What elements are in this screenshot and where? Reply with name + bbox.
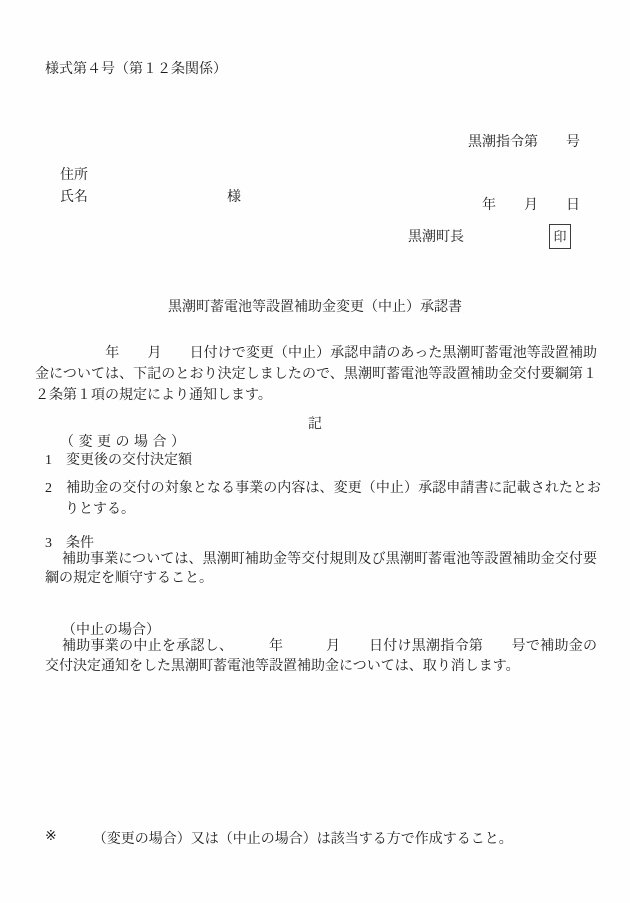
- directive-number-line: 黒潮指令第 号: [468, 132, 580, 153]
- footnote-text: （変更の場合）又は（中止の場合）は該当する方で作成すること。: [93, 828, 513, 848]
- recipient-address-label: 住所: [60, 164, 88, 184]
- change-item-3-label: 3 条件: [45, 532, 94, 552]
- seal-mark: 印: [553, 229, 566, 244]
- recipient-honorific: 様: [227, 186, 241, 206]
- change-item-3-text: 補助事業については、黒潮町補助金等交付規則及び黒潮町蓄電池等設置補助金交付要綱の…: [45, 550, 597, 588]
- form-number: 様式第４号（第１２条関係）: [45, 58, 227, 78]
- cancel-case-text: 補助事業の中止を承認し、 年 月 日付け黒潮指令第 号で補助金の交付決定通知をし…: [45, 637, 597, 677]
- change-item-1: 1 変更後の交付決定額: [45, 449, 192, 469]
- mayor-title: 黒潮町長: [408, 226, 464, 246]
- cancel-case-heading: （中止の場合）: [62, 619, 160, 639]
- seal-box: 印: [549, 224, 571, 249]
- change-case-heading: （変更の場合）: [60, 431, 190, 451]
- footnote: ※ （変更の場合）又は（中止の場合）は該当する方で作成すること。: [45, 828, 513, 848]
- change-item-2: 2 補助金の交付の対象となる事業の内容は、変更（中止）承認申請書に記載されたとお…: [65, 478, 601, 520]
- body-paragraph: 年 月 日付けで変更（中止）承認申請のあった黒潮町蓄電池等設置補助金については、…: [35, 343, 597, 406]
- record-heading: 記: [0, 413, 630, 433]
- document-title: 黒潮町蓄電池等設置補助金変更（中止）承認書: [0, 296, 630, 316]
- recipient-name-label: 氏名: [60, 186, 88, 206]
- footnote-mark: ※: [45, 828, 57, 848]
- document-page: 様式第４号（第１２条関係） 黒潮指令第 号 年 月 日 住所 氏名 様 黒潮町長…: [0, 0, 630, 903]
- issuance-date-line: 年 月 日: [468, 195, 580, 216]
